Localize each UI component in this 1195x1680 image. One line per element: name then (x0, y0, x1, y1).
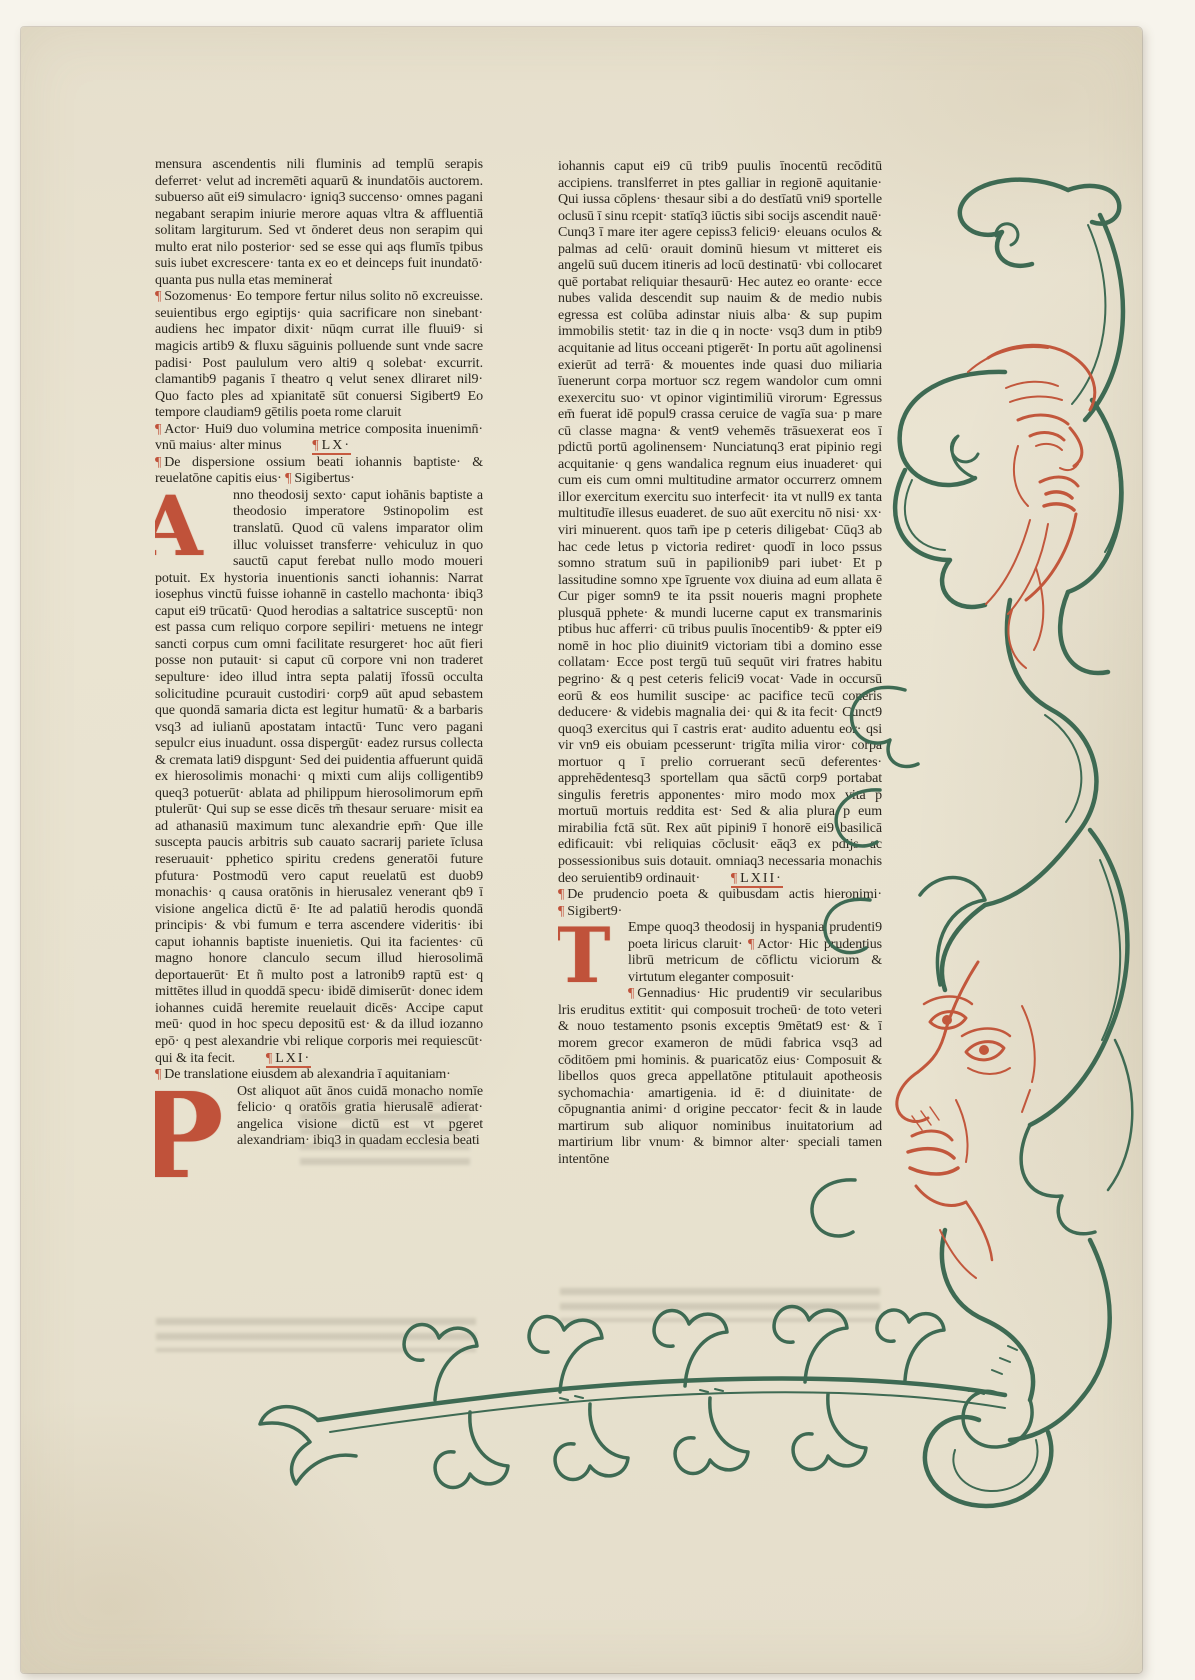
chapter-number: ¶LX· (312, 438, 351, 455)
paragraph: Anno theodosij sexto· caput iohānis bapt… (155, 488, 483, 1067)
pilcrow-mark: ¶ (748, 937, 757, 952)
pilcrow-mark: ¶ (312, 438, 321, 453)
chapter-number: ¶LXI· (266, 1051, 311, 1068)
paragraph: ¶Actor· Hui9 duo volumina metrice compos… (155, 422, 483, 455)
paragraph: POst aliquot aūt ānos cuidā monacho nomī… (155, 1084, 483, 1150)
heading-text: Sigibertus· (294, 471, 354, 486)
scanned-incunabulum-page: { "glyphs": { "pilcrow": "¶" }, "chapter… (0, 0, 1195, 1680)
pilcrow-mark: ¶ (266, 1051, 275, 1066)
text-column-right: iohannis caput ei9 cū trib9 puulis īnoce… (558, 159, 882, 1299)
lombard-initial-P: P (155, 1088, 231, 1184)
pilcrow-mark: ¶ (155, 1067, 164, 1082)
body-text: iohannis caput ei9 cū trib9 puulis īnoce… (558, 159, 882, 886)
lombard-initial-A: A (155, 491, 227, 563)
pilcrow-mark: ¶ (285, 471, 294, 486)
section-heading: ¶De prudencio poeta & quibusdam actis hi… (558, 887, 882, 920)
heading-text: De translatione eiusdem ab alexandria ī … (164, 1067, 450, 1082)
paragraph: iohannis caput ei9 cū trib9 puulis īnoce… (558, 159, 882, 887)
paragraph: ¶Sozomenus· Eo tempore fertur nilus soli… (155, 289, 483, 421)
body-text: Ost aliquot aūt ānos cuidā monacho nomīe… (237, 1084, 483, 1149)
text-column-left: mensura ascendentis nili fluminis ad tem… (155, 157, 483, 1332)
heading-text: De prudencio poeta & quibusdam actis hie… (567, 887, 882, 902)
body-text: nno theodosij sexto· caput iohānis bapti… (155, 488, 483, 1066)
pilcrow-mark: ¶ (731, 871, 740, 886)
pilcrow-mark: ¶ (155, 422, 164, 437)
section-heading: ¶De translatione eiusdem ab alexandria ī… (155, 1067, 483, 1084)
body-text: Sozomenus· Eo tempore fertur nilus solit… (155, 289, 483, 420)
body-text: Gennadius· Hic prudenti9 vir secularibus… (558, 986, 882, 1166)
pilcrow-mark: ¶ (558, 904, 567, 919)
body-text: mensura ascendentis nili fluminis ad tem… (155, 157, 483, 288)
heading-text: Sigibert9· (567, 904, 622, 919)
lombard-initial-T: T (558, 923, 622, 989)
paragraph: mensura ascendentis nili fluminis ad tem… (155, 157, 483, 289)
pilcrow-mark: ¶ (155, 289, 164, 304)
pilcrow-mark: ¶ (628, 986, 637, 1001)
pilcrow-mark: ¶ (155, 455, 164, 470)
paragraph: TEmpe quoq3 theodosij in hyspania pruden… (558, 920, 882, 986)
pilcrow-mark: ¶ (558, 887, 567, 902)
chapter-number: ¶LXII· (731, 871, 783, 888)
section-heading: ¶De dispersione ossium beati iohannis ba… (155, 455, 483, 488)
paragraph: ¶Gennadius· Hic prudenti9 vir secularibu… (558, 986, 882, 1168)
